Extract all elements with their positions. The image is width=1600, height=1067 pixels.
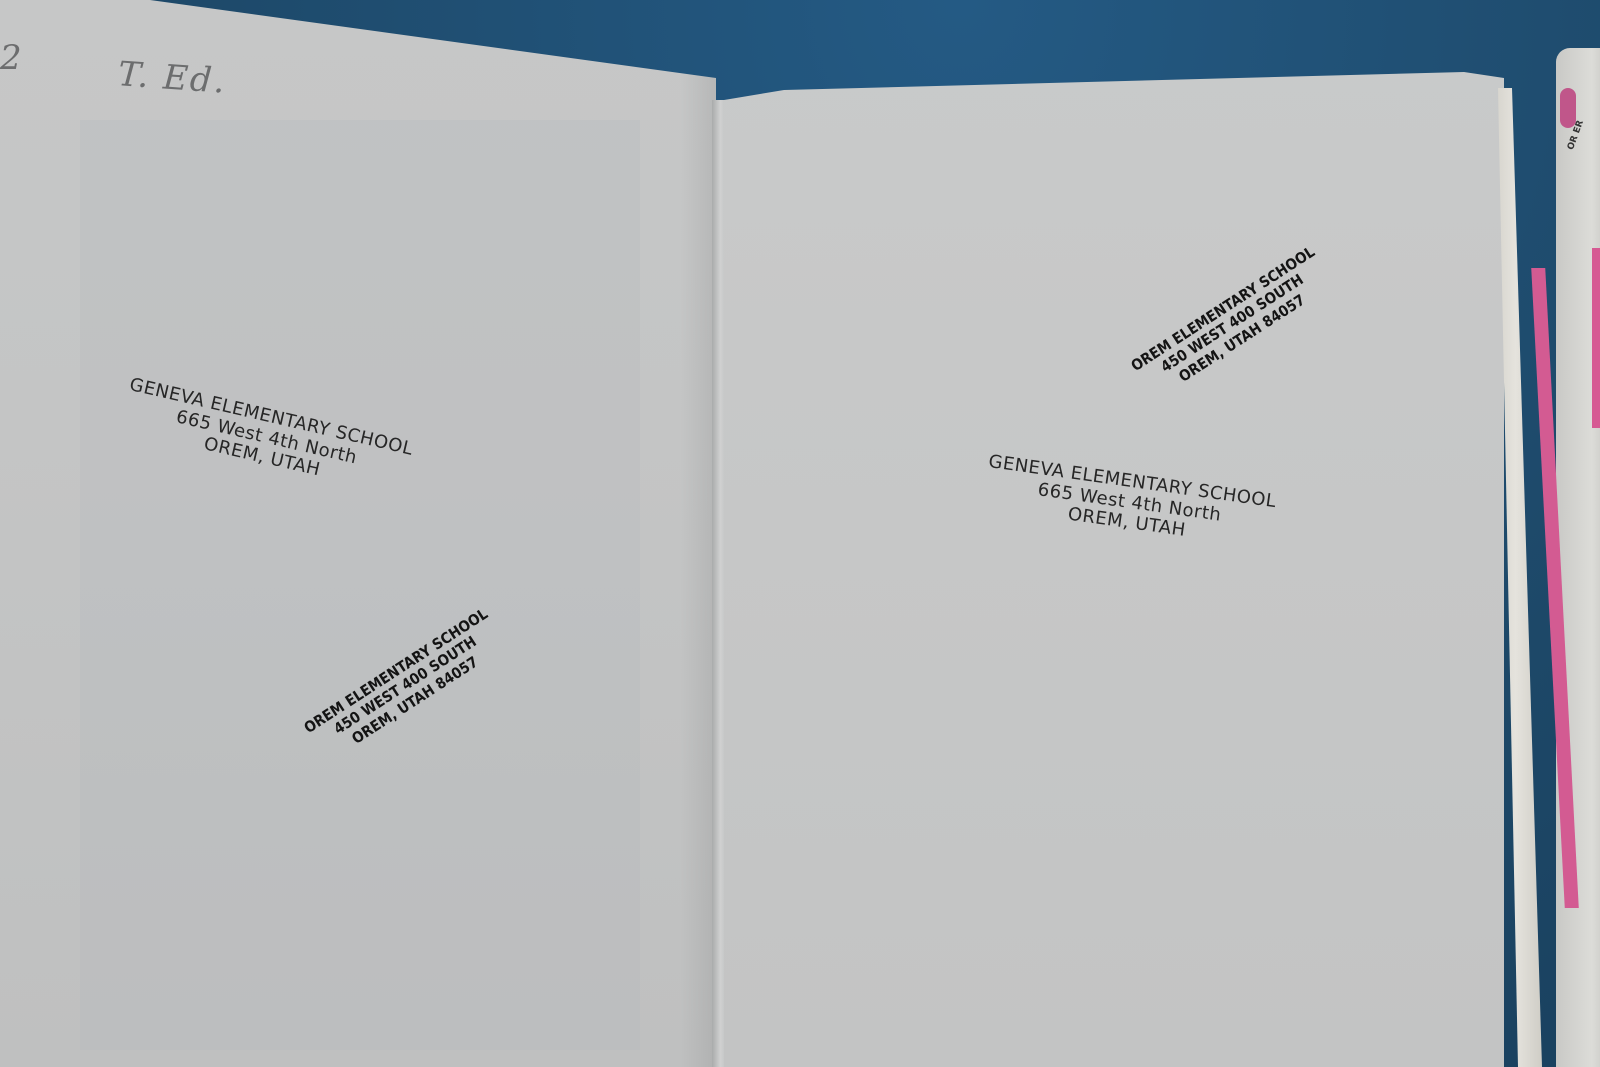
book-gutter xyxy=(712,100,726,1067)
left-page-show-through xyxy=(80,120,640,1050)
left-page xyxy=(0,0,716,1067)
handwritten-number: 2 xyxy=(0,38,24,78)
handwritten-note: T. Ed. xyxy=(117,54,228,101)
open-book: 2 T. Ed. GENEVA ELEMENTARY SCHOOL 665 We… xyxy=(0,0,1600,1067)
dust-jacket-pink-edge xyxy=(1531,268,1579,908)
cover-edge xyxy=(1498,88,1542,1067)
right-page xyxy=(724,0,1504,1067)
